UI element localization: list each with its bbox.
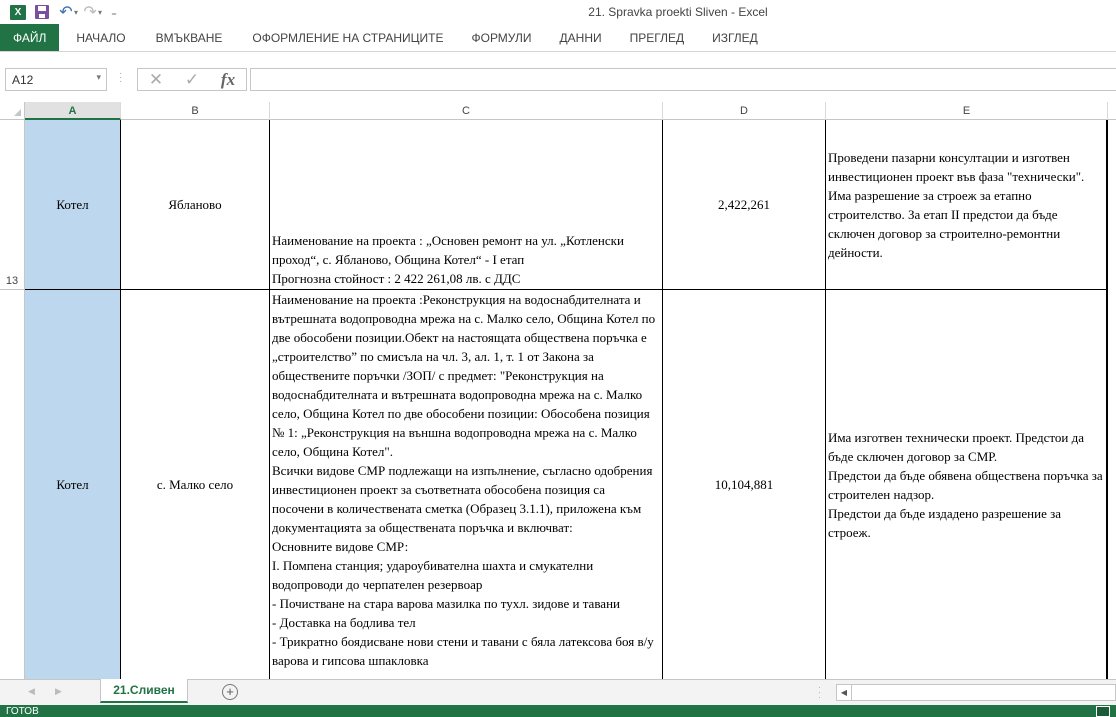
formula-buttons: ✕ ✓ fx xyxy=(137,68,247,91)
cell-value: 10,104,881 xyxy=(715,475,774,494)
window-title: 21. Spravka proekti Sliven - Excel xyxy=(0,5,1116,19)
cell-d13[interactable]: 2,422,261 xyxy=(663,120,826,290)
sheet-tab-bar: ◀ ▶ 21.Сливен + ··· ◀ xyxy=(0,679,1116,705)
ribbon-tabs: ФАЙЛ НАЧАЛО ВМЪКВАНЕ ОФОРМЛЕНИЕ НА СТРАН… xyxy=(0,24,1116,52)
cell-text: Проведени пазарни консултации и изготвен… xyxy=(828,148,1104,262)
cancel-icon[interactable]: ✕ xyxy=(149,70,163,90)
cell-e14[interactable]: Има изготвен технически проект. Предстои… xyxy=(826,290,1108,679)
cell-d14[interactable]: 10,104,881 xyxy=(663,290,826,679)
row-number: 13 xyxy=(0,275,24,287)
tab-page-layout[interactable]: ОФОРМЛЕНИЕ НА СТРАНИЦИТЕ xyxy=(236,24,457,51)
cell-text: Има изготвен технически проект. Предстои… xyxy=(828,428,1104,542)
cell-text: Котел xyxy=(56,475,88,494)
add-sheet-icon[interactable]: + xyxy=(222,684,238,700)
formula-bar: A12 ▾ ··· ✕ ✓ fx xyxy=(0,66,1116,94)
cell-b13[interactable]: Ябланово xyxy=(121,120,270,290)
cell-text: Наименование на проекта : „Основен ремон… xyxy=(272,231,660,288)
scroll-left-icon[interactable]: ◀ xyxy=(837,685,852,700)
cell-text: Котел xyxy=(56,195,88,214)
tab-file[interactable]: ФАЙЛ xyxy=(0,24,59,51)
title-bar: X ↶ ▾ ↷ ▾ ₌ 21. Spravka proekti Sliven -… xyxy=(0,0,1116,24)
tab-review[interactable]: ПРЕГЛЕД xyxy=(616,24,698,51)
column-header-d[interactable]: D xyxy=(663,102,826,120)
cell-b14[interactable]: с. Малко село xyxy=(121,290,270,679)
enter-icon[interactable]: ✓ xyxy=(185,70,199,90)
tab-split-handle-icon[interactable]: ··· xyxy=(818,685,821,700)
status-text: ГОТОВ xyxy=(6,706,39,717)
cell-c13[interactable]: Наименование на проекта : „Основен ремон… xyxy=(270,120,663,290)
cell-e13[interactable]: Проведени пазарни консултации и изготвен… xyxy=(826,120,1108,290)
tab-formulas[interactable]: ФОРМУЛИ xyxy=(457,24,545,51)
cell-text: Наименование на проекта :Реконструкция н… xyxy=(272,292,655,668)
worksheet-grid[interactable]: A B C D E 13 Котел Ябланово Наименование… xyxy=(0,102,1116,679)
normal-view-icon[interactable] xyxy=(1096,706,1110,717)
tab-view[interactable]: ИЗГЛЕД xyxy=(698,24,772,51)
prev-sheet-icon[interactable]: ◀ xyxy=(28,686,35,697)
horizontal-scrollbar[interactable]: ◀ xyxy=(836,684,1116,701)
sheet-tab-sliven[interactable]: 21.Сливен xyxy=(100,679,188,703)
formula-input[interactable] xyxy=(250,68,1116,91)
cell-value: 2,422,261 xyxy=(718,195,770,214)
cell-a13[interactable]: Котел xyxy=(25,120,121,290)
tab-data[interactable]: ДАННИ xyxy=(546,24,616,51)
cell-c14[interactable]: Наименование на проекта :Реконструкция н… xyxy=(270,290,663,679)
tab-home[interactable]: НАЧАЛО xyxy=(59,24,139,51)
cell-text: Ябланово xyxy=(168,195,221,214)
column-header-b[interactable]: B xyxy=(121,102,270,120)
name-box-dropdown-icon[interactable]: ▾ xyxy=(96,72,101,83)
column-header-a[interactable]: A xyxy=(25,102,121,120)
name-box[interactable]: A12 ▾ xyxy=(5,68,107,91)
status-bar: ГОТОВ xyxy=(0,705,1116,717)
resize-handle-icon[interactable]: ··· xyxy=(119,72,123,84)
select-all-button[interactable] xyxy=(0,102,25,120)
column-header-e[interactable]: E xyxy=(826,102,1108,120)
row-header-14[interactable] xyxy=(0,290,25,679)
insert-function-icon[interactable]: fx xyxy=(221,70,235,90)
name-box-value: A12 xyxy=(12,73,33,87)
row-header-13[interactable]: 13 xyxy=(0,120,25,290)
cell-text: с. Малко село xyxy=(157,475,233,494)
column-header-f[interactable] xyxy=(1108,102,1116,120)
next-sheet-icon[interactable]: ▶ xyxy=(55,686,62,697)
cell-a14[interactable]: Котел xyxy=(25,290,121,679)
column-header-c[interactable]: C xyxy=(270,102,663,120)
tab-insert[interactable]: ВМЪКВАНЕ xyxy=(140,24,237,51)
